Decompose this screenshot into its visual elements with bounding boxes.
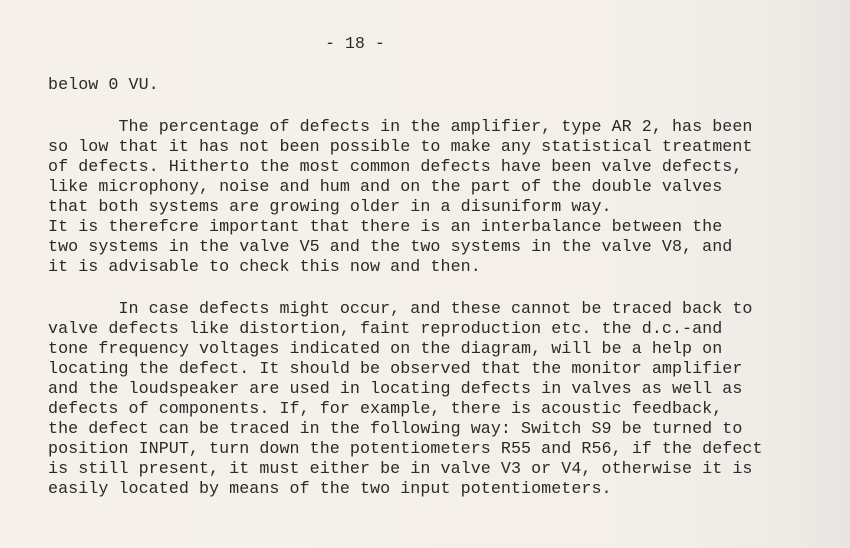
text-line: it is advisable to check this now and th… — [48, 258, 481, 278]
typewritten-page: - 18 - below 0 VU. The percentage of def… — [0, 0, 850, 548]
text-line: In case defects might occur, and these c… — [48, 300, 753, 320]
text-line: defects of components. If, for example, … — [48, 400, 722, 420]
text-line: the defect can be traced in the followin… — [48, 420, 742, 440]
text-line: It is therefcre important that there is … — [48, 218, 722, 238]
text-line: so low that it has not been possible to … — [48, 138, 753, 158]
page-number: - 18 - — [0, 34, 710, 53]
text-line: two systems in the valve V5 and the two … — [48, 238, 732, 258]
text-line: and the loudspeaker are used in locating… — [48, 380, 742, 400]
text-line: is still present, it must either be in v… — [48, 460, 753, 480]
continuation-line: below 0 VU. — [48, 76, 159, 96]
text-line: like microphony, noise and hum and on th… — [48, 178, 722, 198]
text-line: of defects. Hitherto the most common def… — [48, 158, 742, 178]
text-line: that both systems are growing older in a… — [48, 198, 612, 218]
text-line: locating the defect. It should be observ… — [48, 360, 742, 380]
text-line: The percentage of defects in the amplifi… — [48, 118, 753, 138]
text-line: valve defects like distortion, faint rep… — [48, 320, 722, 340]
text-line: tone frequency voltages indicated on the… — [48, 340, 722, 360]
text-line: easily located by means of the two input… — [48, 480, 612, 500]
text-line: position INPUT, turn down the potentiome… — [48, 440, 763, 460]
